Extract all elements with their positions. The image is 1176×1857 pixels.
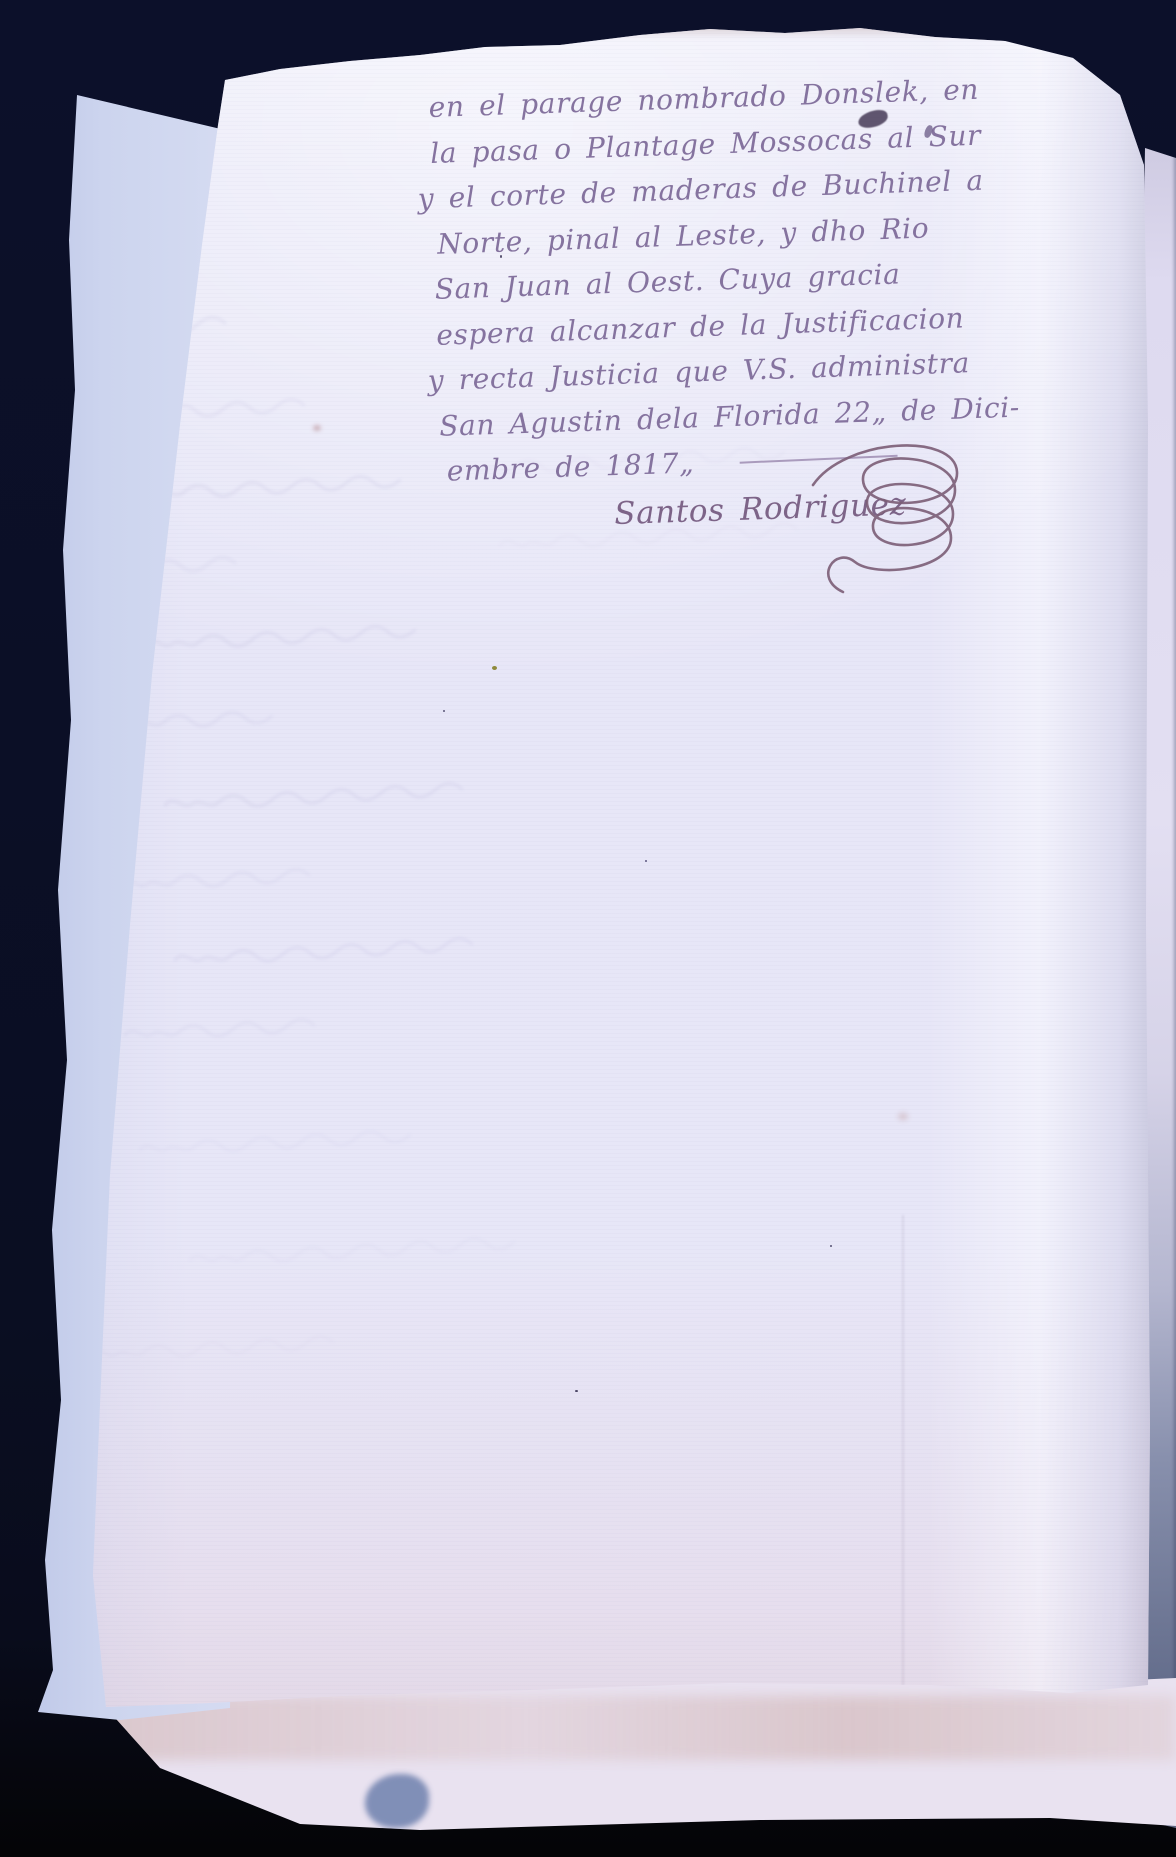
date-line-text: embre de 1817„	[446, 446, 694, 487]
signature-rubric	[805, 430, 980, 605]
paper-stain-spot	[313, 425, 321, 431]
blue-ink-smudge	[365, 1774, 429, 1828]
paper-speck	[575, 1390, 578, 1392]
manuscript-page: en el parage nombrado Donslek, en la pas…	[30, 25, 1152, 1719]
paper-speck-olive	[492, 666, 497, 670]
paper-speck	[645, 860, 647, 862]
paper-speck	[443, 710, 445, 712]
paper-stain-spot	[898, 1113, 908, 1120]
paper-crease	[902, 1215, 904, 1700]
paper-stain-band	[95, 1696, 1176, 1760]
paper-speck	[830, 1245, 832, 1247]
